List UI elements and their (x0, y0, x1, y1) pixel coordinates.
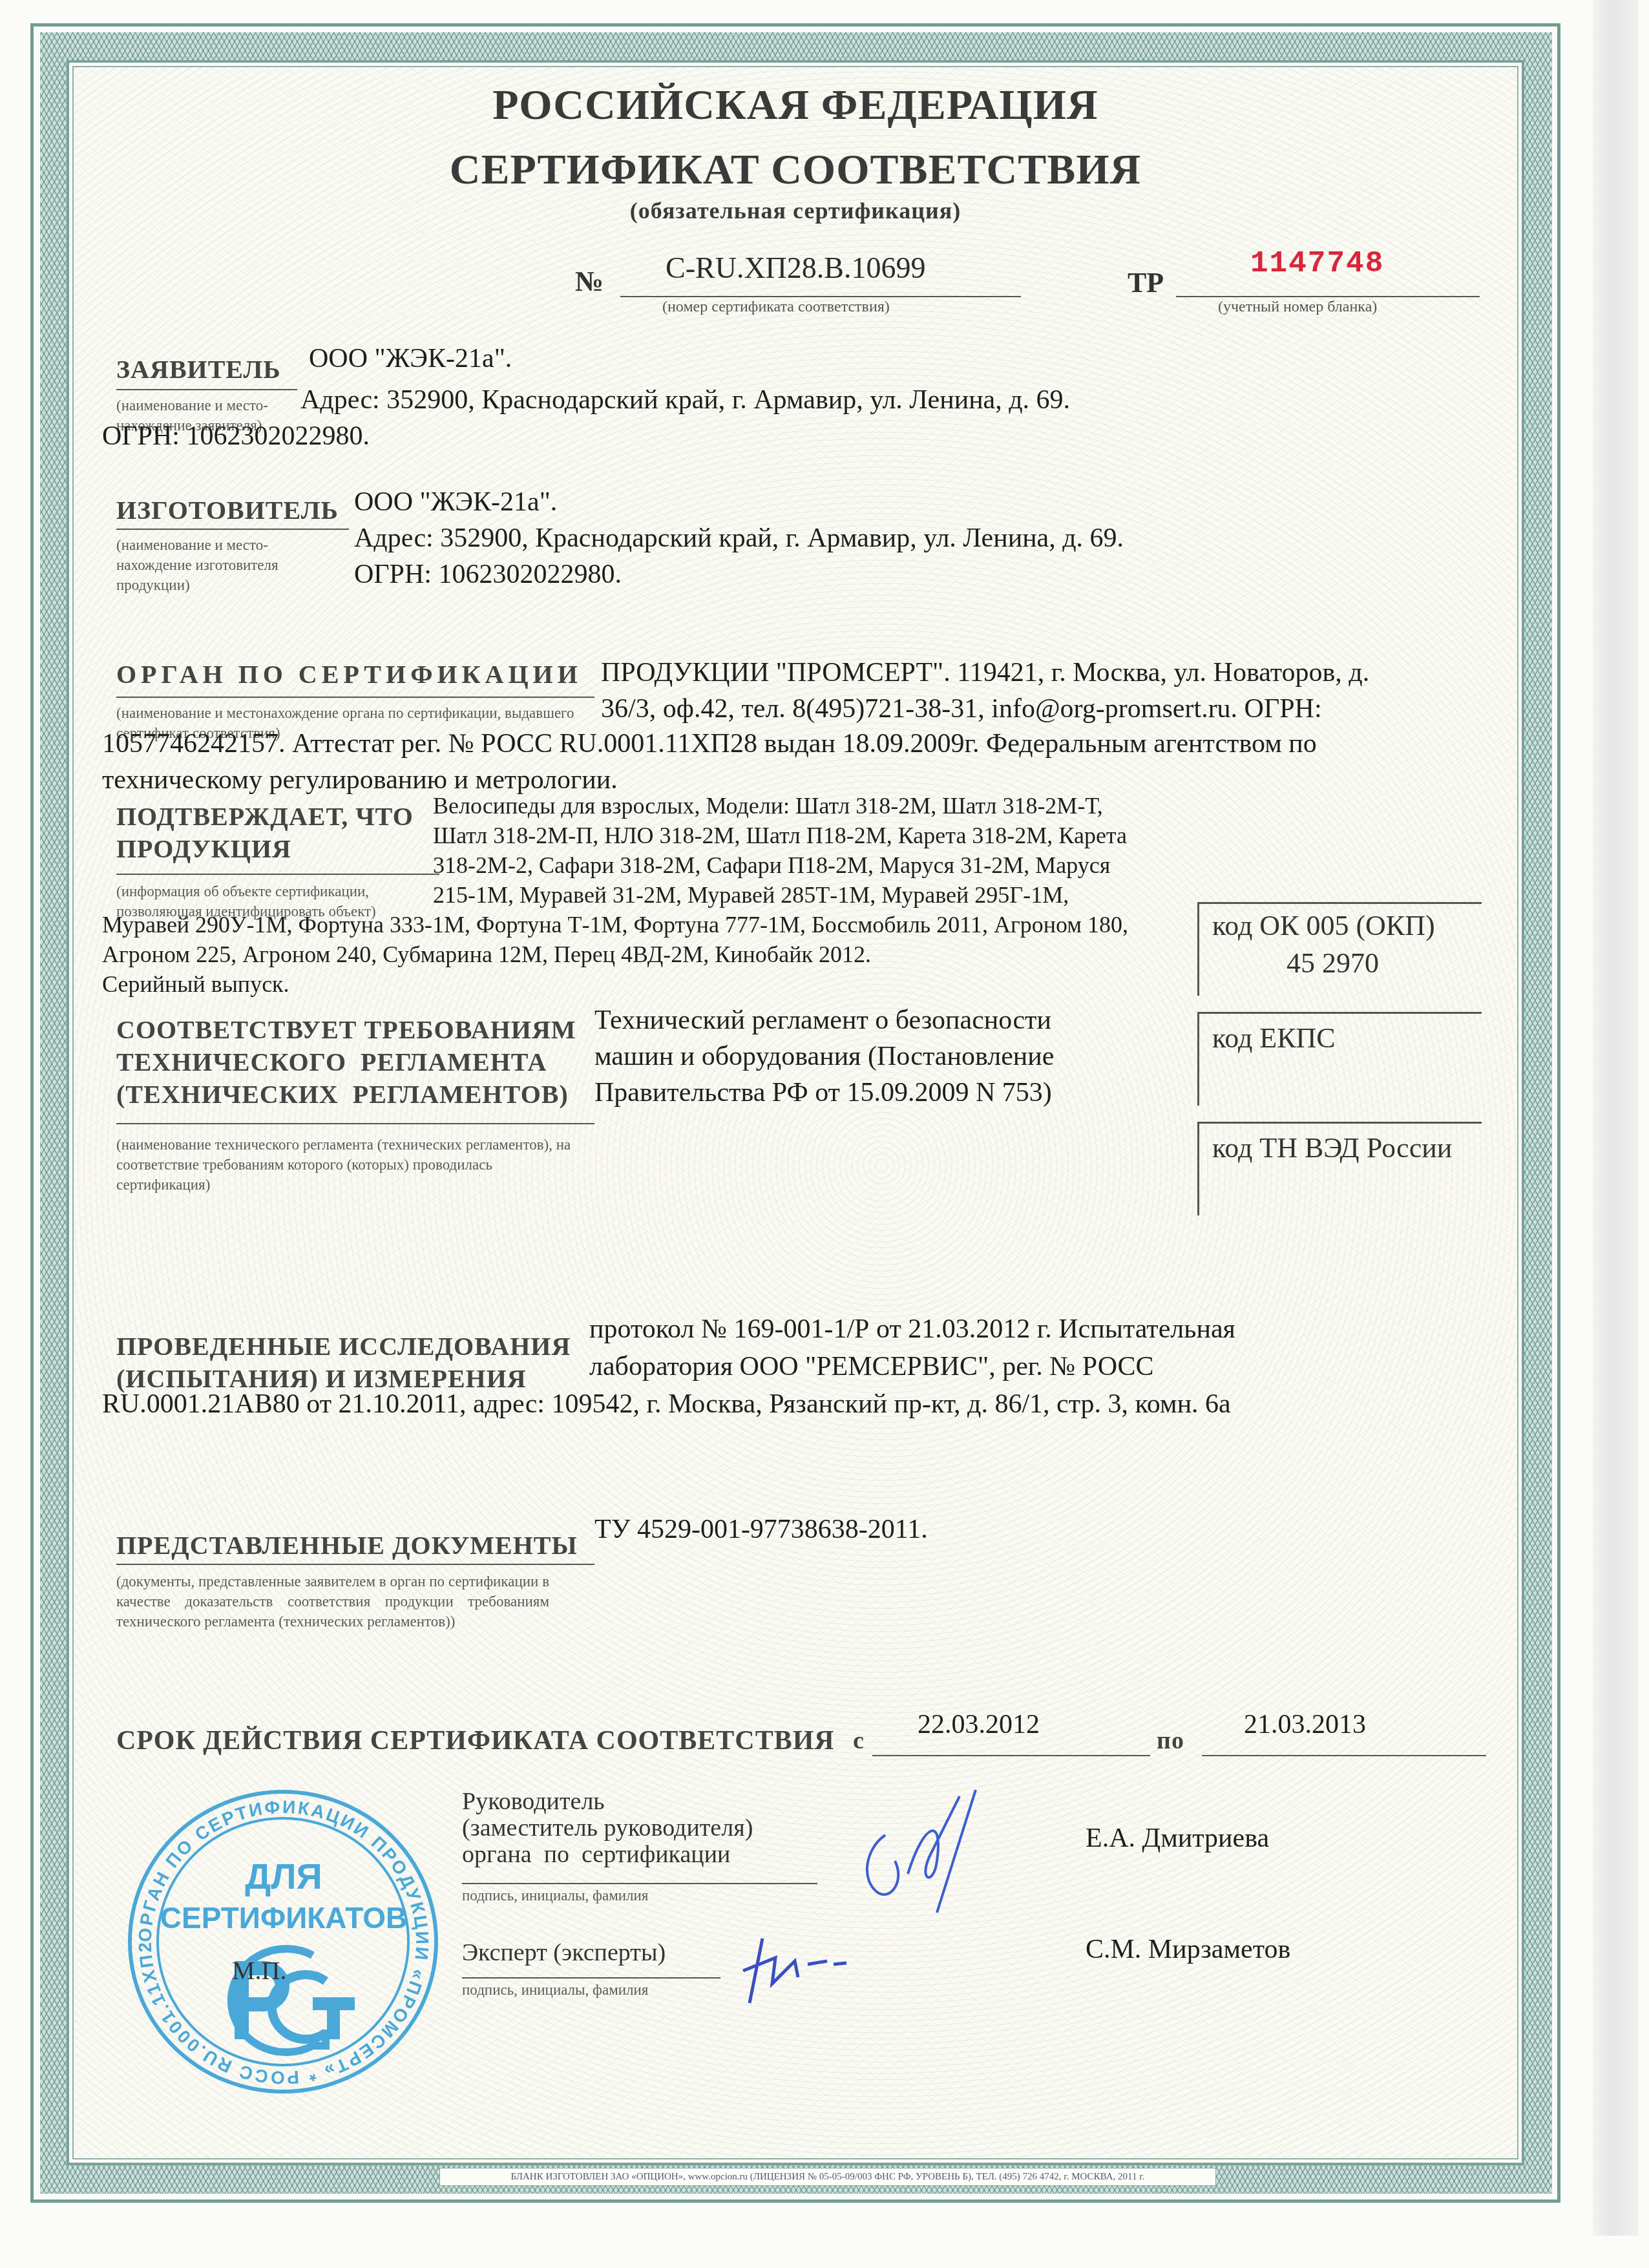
tests-line-2: лаборатория ООО "РЕМСЕРВИС", рег. № РОСС (589, 1349, 1154, 1385)
documents-value: ТУ 4529-001-97738638-2011. (594, 1512, 928, 1548)
certificate-number: C-RU.ХП28.В.10699 (666, 251, 926, 285)
head-label-line-3: органа по сертификации (462, 1842, 753, 1868)
applicant-name: ООО "ЖЭК-21а". (309, 341, 512, 377)
certification-body-line-3: 1057746242157. Аттестат рег. № РОСС RU.0… (102, 726, 1317, 762)
expert-signature-icon (737, 1932, 930, 2016)
conformity-line-3: Правительства РФ от 15.09.2009 N 753) (594, 1075, 1052, 1111)
head-name: Е.А. Дмитриева (1086, 1821, 1269, 1856)
manufacturer-name: ООО "ЖЭК-21а". (354, 485, 557, 520)
conformity-caption: (наименование технического регламента (т… (116, 1135, 575, 1195)
okp-code-label: код ОК 005 (ОКП) (1212, 909, 1435, 942)
documents-label-underline (116, 1564, 594, 1565)
ekps-code-box: код ЕКПС (1197, 1012, 1482, 1106)
conformity-label-line-2: ТЕХНИЧЕСКОГО РЕГЛАМЕНТА (116, 1047, 547, 1077)
validity-to-date: 21.03.2013 (1244, 1707, 1366, 1743)
expert-signature-caption: подпись, инициалы, фамилия (462, 1980, 648, 2000)
country-heading: РОССИЙСКАЯ ФЕДЕРАЦИЯ (0, 81, 1591, 130)
head-label-line-1: Руководитель (462, 1789, 753, 1815)
documents-caption: (документы, представленные заявителем в … (116, 1571, 549, 1632)
blank-manufacturer-footer: БЛАНК ИЗГОТОВЛЕН ЗАО «ОПЦИОН», www.opcio… (439, 2168, 1216, 2186)
expert-label: Эксперт (эксперты) (462, 1938, 666, 1967)
stamp-center-line-1: ДЛЯ (132, 1855, 436, 1897)
manufacturer-label: ИЗГОТОВИТЕЛЬ (116, 495, 339, 525)
expert-name: С.М. Мирзаметов (1086, 1932, 1290, 1968)
expert-signature-underline (462, 1977, 720, 1979)
tests-label-line-1: ПРОВЕДЕННЫЕ ИССЛЕДОВАНИЯ (116, 1331, 571, 1361)
product-label-underline (116, 874, 439, 875)
validity-label: СРОК ДЕЙСТВИЯ СЕРТИФИКАТА СООТВЕТСТВИЯ (116, 1725, 835, 1756)
validity-to-label: по (1157, 1727, 1184, 1755)
validity-from-label: с (853, 1727, 865, 1755)
product-line-4: 215-1М, Муравей 31-2М, Муравей 285Т-1М, … (433, 880, 1069, 910)
documents-label: ПРЕДСТАВЛЕННЫЕ ДОКУМЕНТЫ (116, 1530, 578, 1560)
product-label-line-2: ПРОДУКЦИЯ (116, 834, 291, 864)
tests-line-1: протокол № 169-001-1/Р от 21.03.2012 г. … (589, 1312, 1235, 1347)
product-line-6: Агроном 225, Агроном 240, Субмарина 12М,… (102, 940, 871, 970)
applicant-label-underline (116, 389, 297, 390)
certification-body-underline (116, 697, 594, 698)
certificate-number-underline (620, 296, 1021, 297)
product-line-5: Муравей 290У-1М, Фортуна 333-1М, Фортуна… (102, 910, 1128, 940)
certificate-title: СЕРТИФИКАТ СООТВЕТСТВИЯ (0, 145, 1591, 194)
head-label: Руководитель (заместитель руководителя) … (462, 1789, 753, 1868)
certification-body-line-1: ПРОДУКЦИИ "ПРОМСЕРТ". 119421, г. Москва,… (601, 655, 1369, 691)
conformity-label-line-3: (ТЕХНИЧЕСКИХ РЕГЛАМЕНТОВ) (116, 1079, 569, 1109)
certificate-number-caption: (номер сертификата соответствия) (662, 299, 890, 316)
blank-number-caption: (учетный номер бланка) (1218, 299, 1377, 316)
blank-number-underline (1176, 296, 1480, 297)
okp-code-box: код ОК 005 (ОКП) 45 2970 (1197, 902, 1482, 996)
blank-number: 1147748 (1250, 247, 1384, 280)
applicant-ogrn: ОГРН: 1062302022980. (102, 419, 370, 454)
head-label-line-2: (заместитель руководителя) (462, 1815, 753, 1842)
product-line-1: Велосипеды для взрослых, Модели: Шатл 31… (433, 791, 1103, 821)
number-sign: № (575, 265, 604, 298)
validity-from-date: 22.03.2012 (918, 1707, 1040, 1743)
conformity-line-1: Технический регламент о безопасности (594, 1003, 1051, 1038)
okp-code-value: 45 2970 (1287, 947, 1379, 980)
manufacturer-address: Адрес: 352900, Краснодарский край, г. Ар… (354, 521, 1124, 556)
certification-body-line-2: 36/3, оф.42, тел. 8(495)721-38-31, info@… (601, 691, 1322, 727)
manufacturer-ogrn: ОГРН: 1062302022980. (354, 557, 622, 593)
certification-body-label: ОРГАН ПО СЕРТИФИКАЦИИ (116, 659, 582, 689)
certificate-subtitle: (обязательная сертификация) (0, 197, 1591, 224)
tests-line-3: RU.0001.21АВ80 от 21.10.2011, адрес: 109… (102, 1387, 1231, 1422)
scan-edge-shadow (1593, 0, 1638, 2236)
validity-from-underline (872, 1755, 1150, 1756)
conformity-line-2: машин и оборудования (Постановление (594, 1039, 1054, 1075)
head-signature-caption: подпись, инициалы, фамилия (462, 1885, 648, 1906)
seal-mark: М.П. (232, 1955, 286, 1986)
manufacturer-caption: (наименование и место-нахождение изготов… (116, 535, 330, 595)
applicant-label: ЗАЯВИТЕЛЬ (116, 354, 281, 384)
tnved-code-box: код ТН ВЭД России (1197, 1122, 1482, 1215)
conformity-label-underline (116, 1123, 594, 1124)
applicant-address: Адрес: 352900, Краснодарский край, г. Ар… (300, 383, 1070, 418)
head-signature-icon (846, 1783, 1092, 1926)
product-serial: Серийный выпуск. (102, 969, 289, 1000)
product-line-2: Шатл 318-2М-П, НЛО 318-2М, Шатл П18-2М, … (433, 821, 1127, 851)
ekps-code-label: код ЕКПС (1212, 1022, 1336, 1055)
tr-label: ТР (1128, 266, 1164, 299)
validity-to-underline (1202, 1755, 1486, 1756)
certification-stamp: ОРГАН ПО СЕРТИФИКАЦИИ ПРОДУКЦИИ «ПРОМСЕР… (128, 1790, 438, 2094)
conformity-label-line-1: СООТВЕТСТВУЕТ ТРЕБОВАНИЯМ (116, 1014, 576, 1045)
stamp-center-line-2: СЕРТИФИКАТОВ (132, 1900, 436, 1935)
tnved-code-label: код ТН ВЭД России (1212, 1131, 1452, 1164)
manufacturer-label-underline (116, 529, 349, 530)
product-line-3: 318-2М-2, Сафари 318-2М, Сафари П18-2М, … (433, 850, 1110, 881)
product-label-line-1: ПОДТВЕРЖДАЕТ, ЧТО (116, 801, 414, 832)
head-signature-underline (462, 1883, 817, 1884)
